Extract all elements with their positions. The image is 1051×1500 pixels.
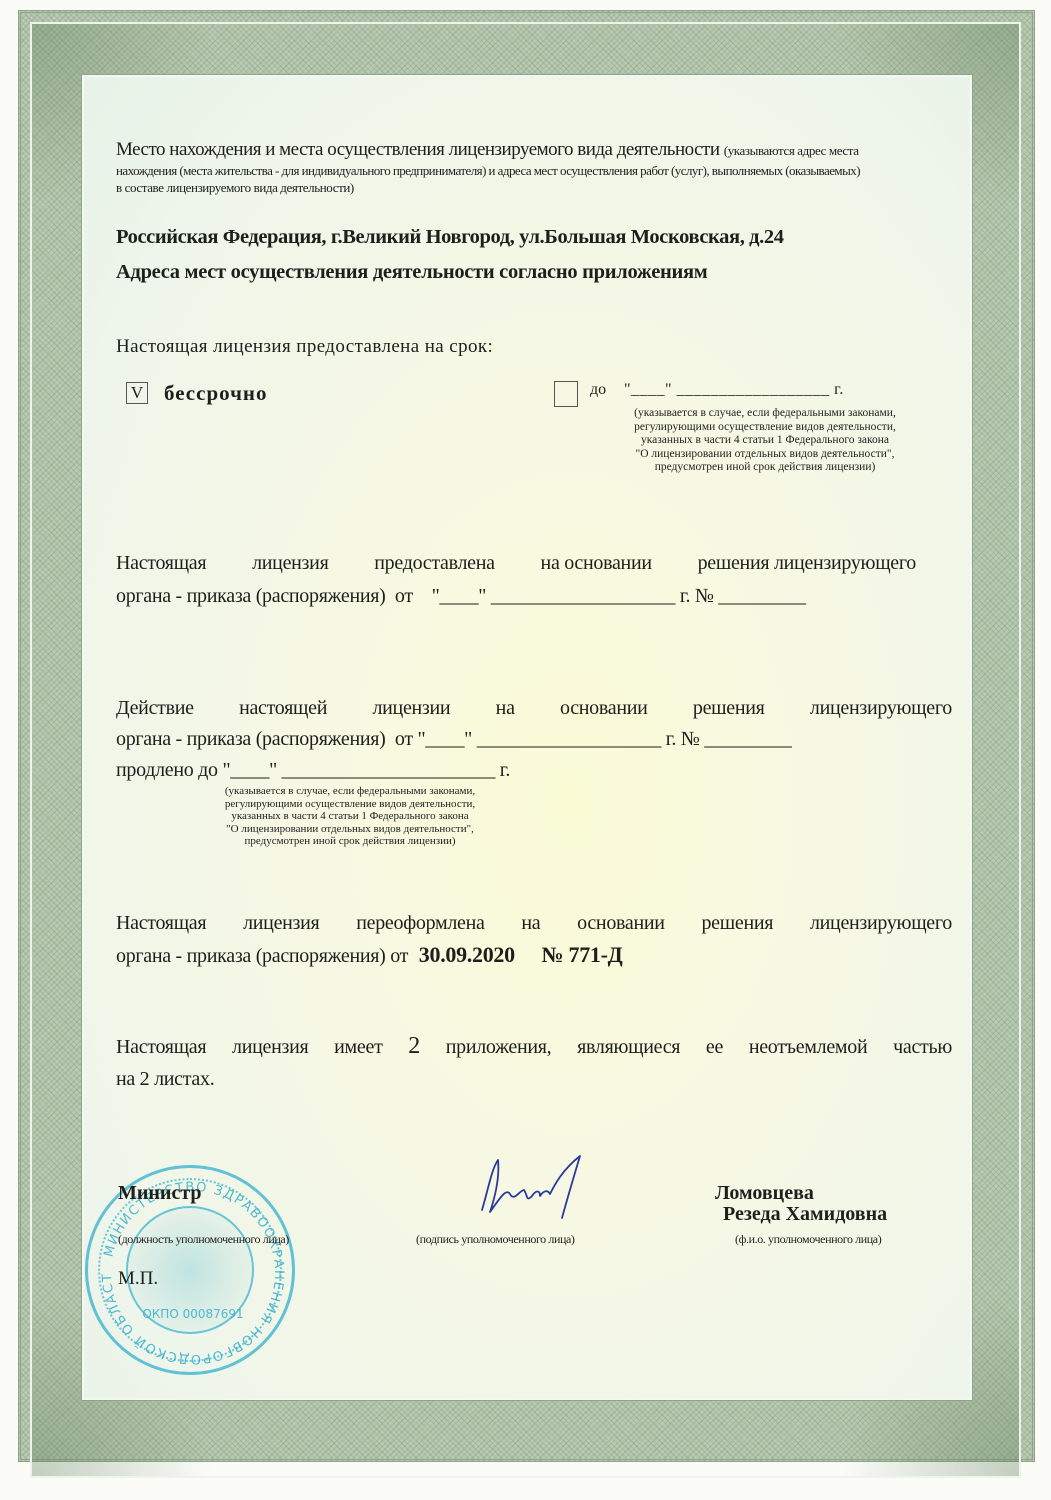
handwritten-signature-icon (470, 1150, 600, 1220)
extension-line-1: Действие настоящей лицензии на основании… (116, 697, 952, 720)
word: решения лицензирующего (698, 552, 916, 575)
location-heading: Место нахождения и места осуществления л… (116, 139, 859, 161)
word: лицензия (252, 552, 328, 575)
extension-note-line: регулирующими осуществление видов деятел… (185, 798, 515, 811)
name-caption: (ф.и.о. уполномоченного лица) (735, 1232, 881, 1247)
granted-basis-line-1: Настоящая лицензия предоставлена на осно… (116, 552, 916, 575)
word: лицензии (372, 697, 450, 720)
appendix-count: 2 (408, 1036, 420, 1059)
word: частью (893, 1036, 952, 1059)
extension-note: (указывается в случае, если федеральными… (185, 785, 515, 848)
unlimited-label: бессрочно (164, 381, 268, 406)
word: имеет (334, 1036, 382, 1059)
word: лицензия (232, 1036, 308, 1059)
until-prefix: до (590, 381, 606, 399)
extension-note-line: указанных в части 4 статьи 1 Федеральног… (185, 810, 515, 823)
word: переоформлена (356, 912, 484, 935)
position-caption: (должность уполномоченного лица) (118, 1232, 289, 1247)
appendices-line-2: на 2 листах. (116, 1068, 214, 1091)
reissue-order-number: № 771-Д (542, 942, 623, 967)
word: предоставлена (374, 552, 494, 575)
until-checkbox[interactable] (554, 381, 578, 407)
extension-line-3: продлено до "____" _____________________… (116, 759, 510, 782)
signature-caption: (подпись уполномоченного лица) (416, 1232, 575, 1247)
word: на основании (541, 552, 652, 575)
word: неотъемлемой (749, 1036, 868, 1059)
location-note-line-3: в составе лицензируемого вида деятельнос… (116, 180, 354, 196)
word: лицензия (243, 912, 319, 935)
word: решения (701, 912, 773, 935)
address-line-1: Российская Федерация, г.Великий Новгород… (116, 226, 784, 249)
word: ее (706, 1036, 723, 1059)
word: Настоящая (116, 552, 206, 575)
word: настоящей (239, 697, 327, 720)
until-note-line: "О лицензировании отдельных видов деятел… (600, 448, 930, 462)
reissue-line-2: органа - приказа (распоряжения) от 30.09… (116, 942, 623, 968)
term-label: Настоящая лицензия предоставлена на срок… (116, 336, 493, 358)
word: приложения, (446, 1036, 552, 1059)
word: лицензирующего (810, 697, 952, 720)
until-note-line: указанных в части 4 статьи 1 Федеральног… (600, 434, 930, 448)
signatory-given-names: Резеда Хамидовна (723, 1203, 887, 1226)
word: Настоящая (116, 912, 206, 935)
reissue-line-1: Настоящая лицензия переоформлена на осно… (116, 912, 952, 935)
reissue-prefix: органа - приказа (распоряжения) от (116, 945, 408, 967)
until-note-line: регулирующими осуществление видов деятел… (600, 421, 930, 435)
extension-note-line: "О лицензировании отдельных видов деятел… (185, 823, 515, 836)
word: решения (693, 697, 765, 720)
word: на (496, 697, 515, 720)
extension-note-line: (указывается в случае, если федеральными… (185, 785, 515, 798)
until-note-line: предусмотрен иной срок действия лицензии… (600, 461, 930, 475)
address-line-2: Адреса мест осуществления деятельности с… (116, 261, 707, 284)
appendices-line-1: Настоящая лицензия имеет 2 приложения, я… (116, 1036, 952, 1059)
extension-note-line: предусмотрен иной срок действия лицензии… (185, 835, 515, 848)
svg-text:ОКПО 00087691: ОКПО 00087691 (142, 1307, 243, 1321)
signatory-surname: Ломовцева (715, 1182, 814, 1205)
word: на (521, 912, 540, 935)
reissue-order-date: 30.09.2020 (419, 942, 515, 967)
granted-basis-line-2: органа - приказа (распоряжения) от "____… (116, 585, 806, 608)
until-date-blank: "____" __________________ г. (624, 381, 844, 399)
word: основании (577, 912, 665, 935)
word: являющиеся (577, 1036, 680, 1059)
until-note-line: (указывается в случае, если федеральными… (600, 407, 930, 421)
location-heading-text: Место нахождения и места осуществления л… (116, 139, 720, 160)
unlimited-checkbox[interactable]: V (126, 382, 148, 404)
license-document: Место нахождения и места осуществления л… (0, 0, 1051, 1500)
word: Действие (116, 697, 194, 720)
word: основании (560, 697, 648, 720)
location-note-line-2: нахождения (места жительства - для индив… (116, 163, 860, 179)
seal-label: М.П. (118, 1268, 158, 1290)
until-note: (указывается в случае, если федеральными… (600, 407, 930, 475)
word: лицензирующего (810, 912, 952, 935)
location-heading-note: (указываются адрес места (724, 143, 859, 158)
extension-line-2: органа - приказа (распоряжения) от "____… (116, 728, 792, 751)
signatory-position: Министр (118, 1182, 202, 1205)
word: Настоящая (116, 1036, 206, 1059)
